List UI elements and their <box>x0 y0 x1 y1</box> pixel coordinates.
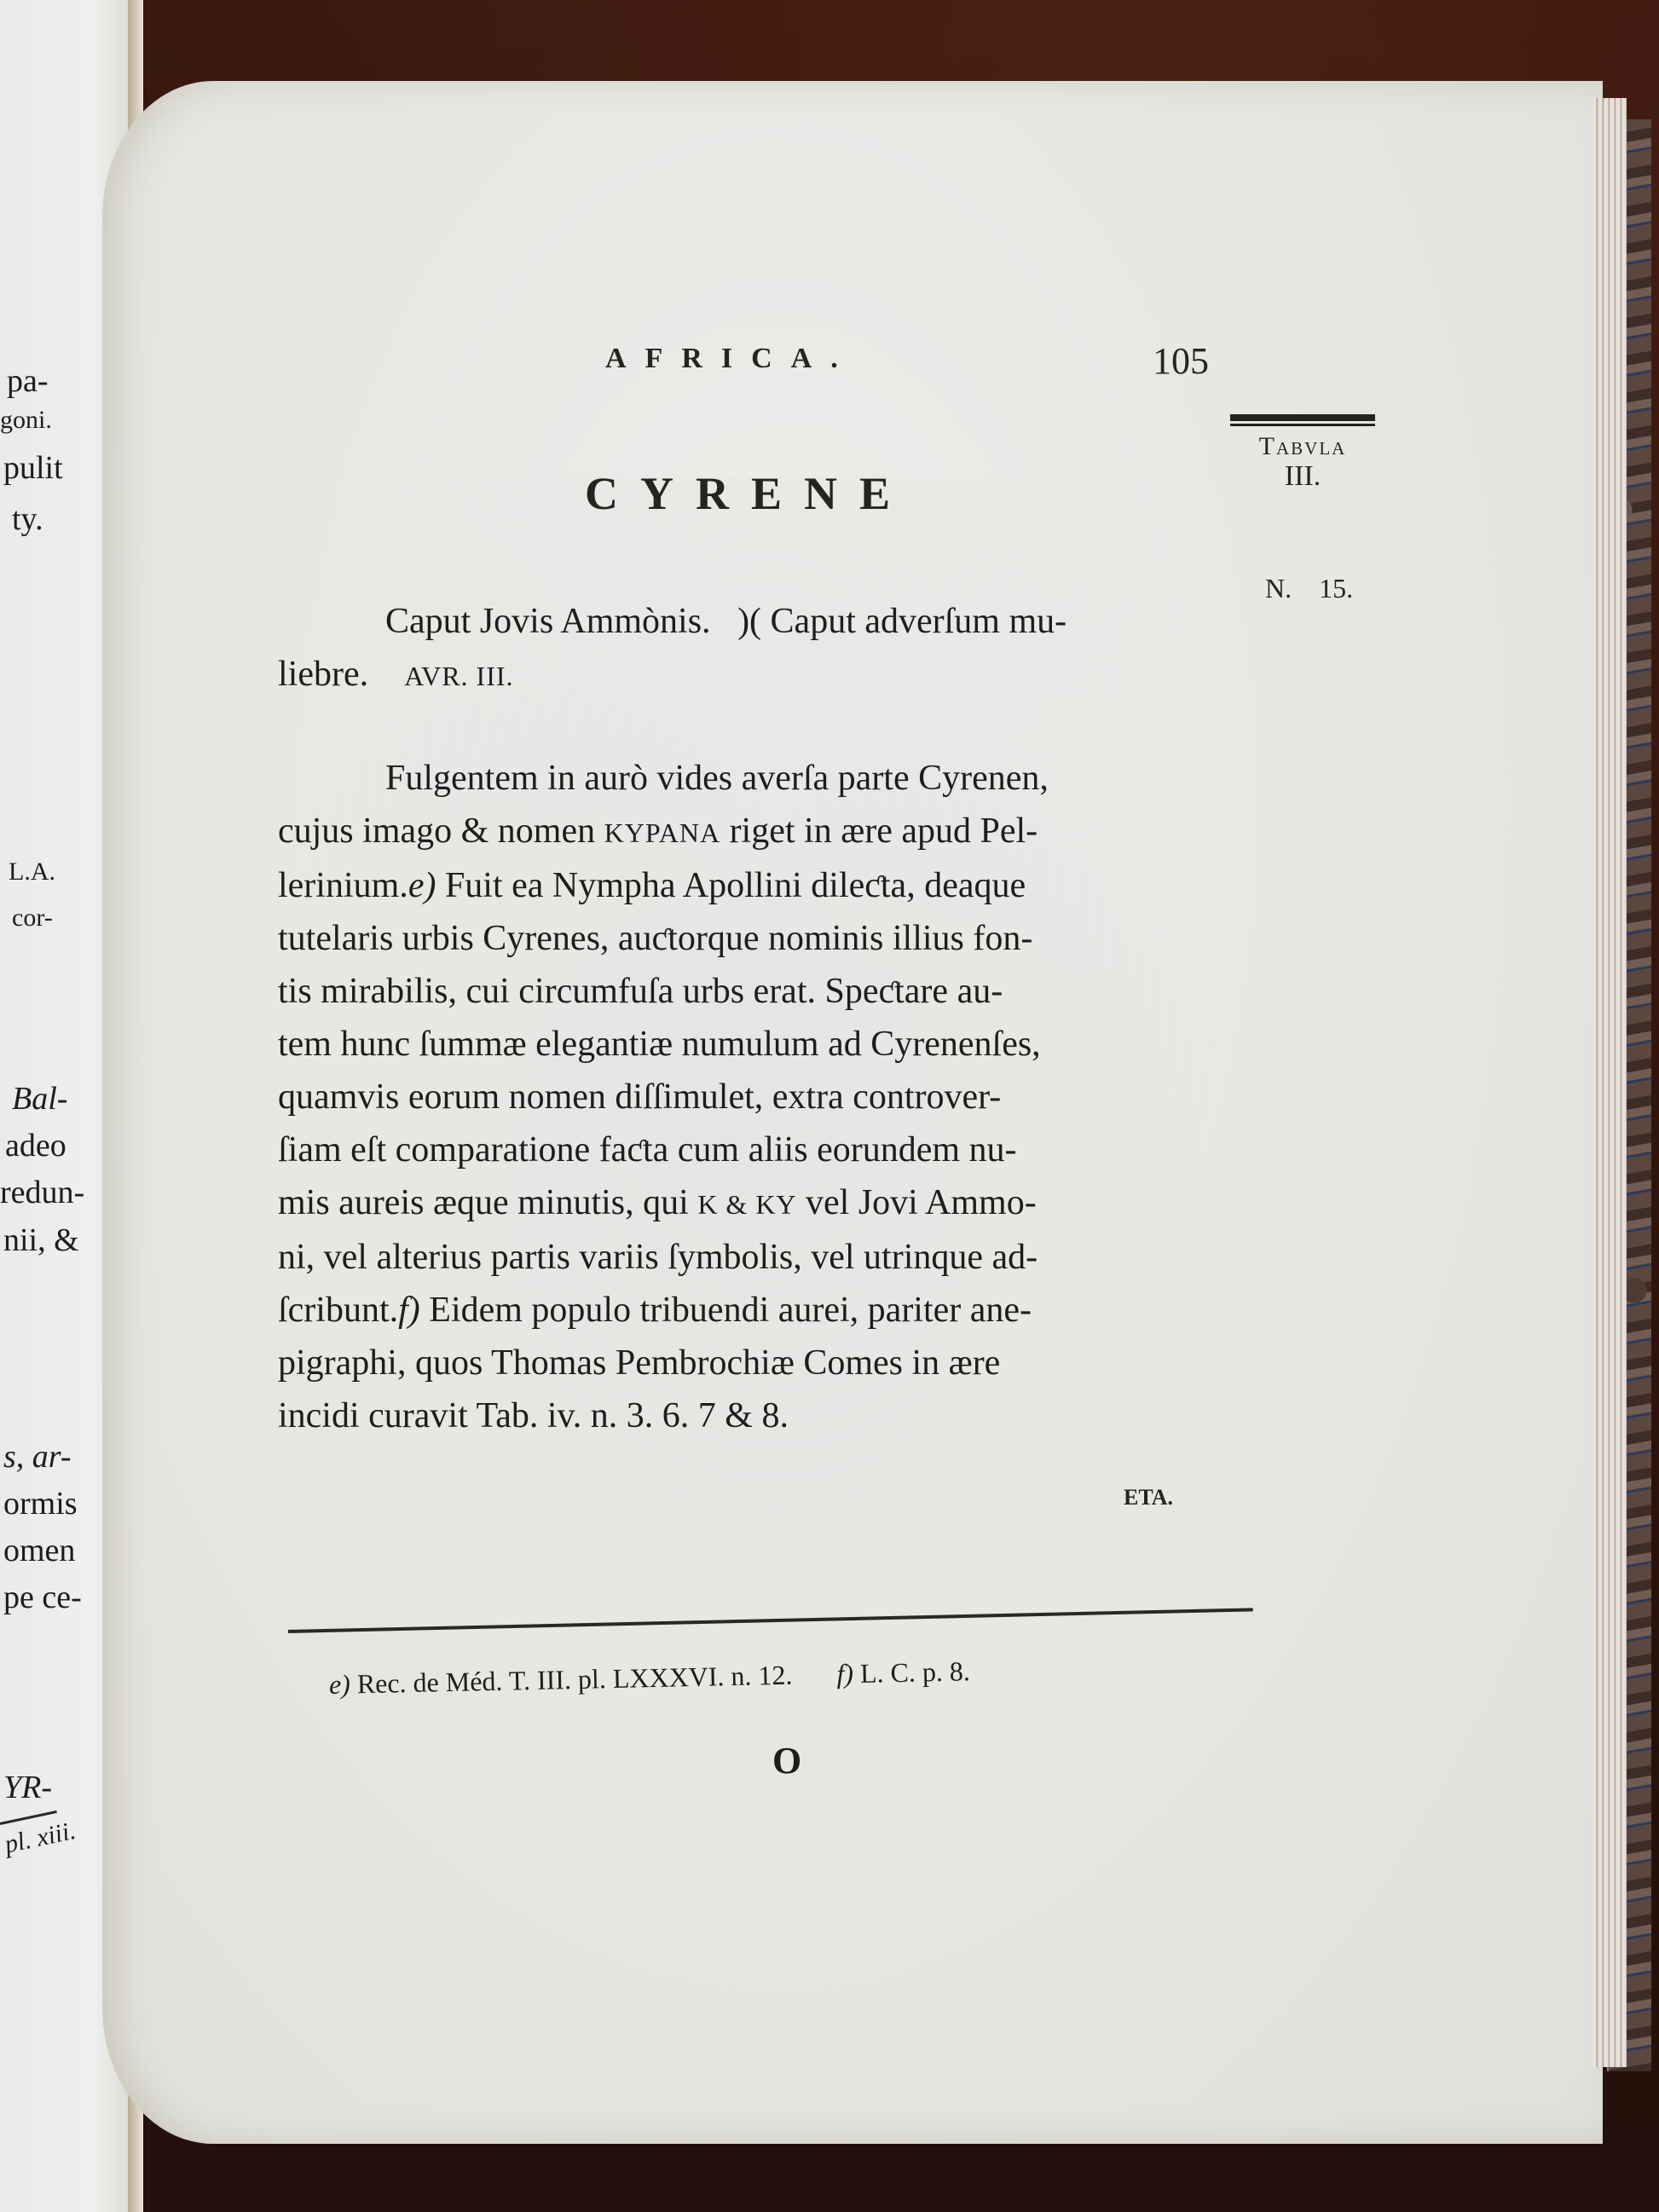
paragraph-line: tis mirabilis, cui circumfuſa urbs erat.… <box>278 965 1241 1018</box>
left-page-fragment: pl. xiii. <box>3 1818 78 1858</box>
reverse-text-cont: liebre. <box>278 655 368 694</box>
page-block-edge <box>1593 98 1627 2067</box>
footnote-mark-f: f) <box>836 1658 853 1689</box>
catchword: ETA. <box>1124 1485 1173 1510</box>
tabula-number: III. <box>1230 460 1375 492</box>
left-page-fragment: pe ce- <box>3 1581 82 1614</box>
left-page-fragment: adeo <box>5 1129 66 1162</box>
paragraph-line: Fulgentem in aurò vides averſa parte Cyr… <box>278 752 1241 805</box>
running-head: AFRICA. <box>605 343 857 375</box>
metal-tag: AVR. III. <box>404 661 513 691</box>
reverse-symbol: )( <box>737 602 761 641</box>
left-page-fragment: pa- <box>7 365 49 397</box>
left-page-fragment: nii, & <box>3 1224 79 1256</box>
left-page-fragment: pulit <box>3 452 63 484</box>
footnote-f-text: L. C. p. 8. <box>860 1655 971 1689</box>
left-page-fragment: s, ar- <box>3 1441 71 1473</box>
coin-number: N. 15. <box>1265 573 1353 604</box>
paragraph-line: cujus imago & nomen ΚΥΡΑΝΑ riget in ære … <box>278 805 1241 859</box>
left-page-fragment: omen <box>3 1534 75 1567</box>
description-line: Caput Jovis Ammònis. )( Caput adverſum m… <box>278 595 1241 648</box>
footnote-mark-e: e) <box>329 1668 351 1700</box>
left-page-fragment: goni. <box>0 407 52 433</box>
page-number: 105 <box>1153 339 1209 383</box>
paragraph-line: pigraphi, quos Thomas Pembrochiæ Comes i… <box>278 1337 1241 1389</box>
paragraph-line: mis aureis æque minutis, qui Κ & ΚΥ vel … <box>278 1176 1241 1231</box>
paragraph-line: ſcribunt.f) Eidem populo tribuendi aurei… <box>278 1284 1241 1337</box>
paragraph-line: incidi curavit Tab. iv. n. 3. 6. 7 & 8. <box>278 1389 1241 1442</box>
plate-reference: Tabvla III. <box>1230 414 1375 492</box>
left-page-fragment: ormis <box>3 1487 78 1520</box>
coin-description: Caput Jovis Ammònis. )( Caput adverſum m… <box>278 595 1241 702</box>
paragraph-line: tem hunc ſummæ elegantiæ numulum ad Cyre… <box>278 1018 1241 1071</box>
left-page-fragment: cor- <box>12 905 53 931</box>
double-rule-thin <box>1230 424 1375 426</box>
paragraph-line: ſiam eſt comparatione faƈta cum aliis eo… <box>278 1123 1241 1176</box>
left-page-fragment: redun- <box>0 1176 84 1209</box>
paragraph-line: lerinium.e) Fuit ea Nympha Apollini dile… <box>278 859 1241 912</box>
greek-legend: Κ & ΚΥ <box>697 1189 796 1220</box>
printers-signature-mark: O <box>772 1739 801 1782</box>
greek-legend: ΚΥΡΑΝΑ <box>604 817 720 848</box>
footnote-marker-f: f) <box>398 1291 420 1330</box>
paragraph-line: ni, vel alterius partis variis ſymbolis,… <box>278 1231 1241 1284</box>
left-page-fragment: L.A. <box>9 859 55 885</box>
reverse-text: Caput adverſum mu- <box>771 602 1067 641</box>
footnote-marker-e: e) <box>408 866 436 905</box>
obverse-text: Caput Jovis Ammònis. <box>385 602 711 641</box>
section-title: CYRENE <box>585 467 912 520</box>
left-page-fragment: YR- <box>3 1771 52 1804</box>
left-page-fragment: ty. <box>12 503 43 535</box>
paragraph-line: tutelaris urbis Cyrenes, auƈtorque nomin… <box>278 912 1241 965</box>
left-page-fragment: Bal- <box>12 1083 67 1115</box>
tabula-label: Tabvla <box>1230 433 1375 460</box>
description-line: liebre. AVR. III. <box>278 648 1241 702</box>
paragraph-line: quamvis eorum nomen diſſimulet, extra co… <box>278 1071 1241 1123</box>
double-rule-thick <box>1230 414 1375 421</box>
commentary-paragraph: Fulgentem in aurò vides averſa parte Cyr… <box>278 752 1241 1442</box>
